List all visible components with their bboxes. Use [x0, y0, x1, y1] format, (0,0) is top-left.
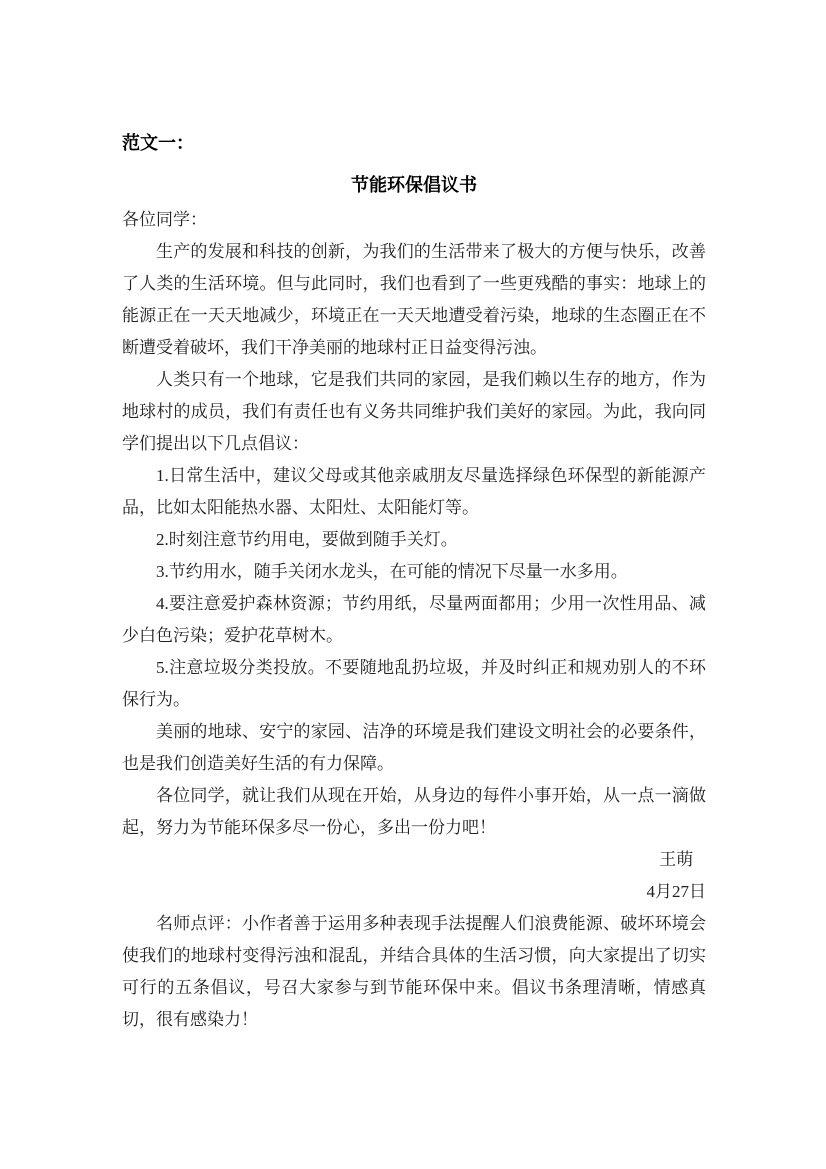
document-title: 节能环保倡议书 [122, 172, 706, 198]
proposal-item: 5.注意垃圾分类投放。不要随地乱扔垃圾，并及时纠正和规劝别人的不环保行为。 [122, 652, 706, 716]
document-label: 范文一： [122, 130, 706, 156]
signature-date: 4月27日 [647, 876, 707, 908]
salutation: 各位同学： [122, 204, 706, 236]
closing-paragraph: 美丽的地球、安宁的家园、洁净的环境是我们建设文明社会的必要条件，也是我们创造美好… [122, 716, 706, 780]
intro-paragraph: 人类只有一个地球，它是我们共同的家园，是我们赖以生存的地方，作为地球村的成员，我… [122, 364, 706, 460]
intro-paragraph: 生产的发展和科技的创新，为我们的生活带来了极大的方便与快乐，改善了人类的生活环境… [122, 236, 706, 364]
proposal-item: 3.节约用水，随手关闭水龙头，在可能的情况下尽量一水多用。 [122, 556, 706, 588]
signature-inner: 王萌 4月27日 [647, 844, 707, 908]
proposal-item: 1.日常生活中，建议父母或其他亲戚朋友尽量选择绿色环保型的新能源产品，比如太阳能… [122, 460, 706, 524]
closing-paragraph: 各位同学，就让我们从现在开始，从身边的每件小事开始，从一点一滴做起，努力为节能环… [122, 780, 706, 844]
proposal-item: 4.要注意爱护森林资源；节约用纸，尽量两面都用；少用一次性用品、减少白色污染；爱… [122, 588, 706, 652]
teacher-comment: 名师点评：小作者善于运用多种表现手法提醒人们浪费能源、破坏环境会使我们的地球村变… [122, 908, 706, 1036]
document-content: 范文一： 节能环保倡议书 各位同学： 生产的发展和科技的创新，为我们的生活带来了… [122, 0, 706, 1036]
document-page: 范文一： 节能环保倡议书 各位同学： 生产的发展和科技的创新，为我们的生活带来了… [0, 0, 826, 1169]
signature-block: 王萌 4月27日 [122, 844, 706, 908]
proposal-item: 2.时刻注意节约用电，要做到随手关灯。 [122, 524, 706, 556]
signature-name: 王萌 [647, 844, 707, 876]
